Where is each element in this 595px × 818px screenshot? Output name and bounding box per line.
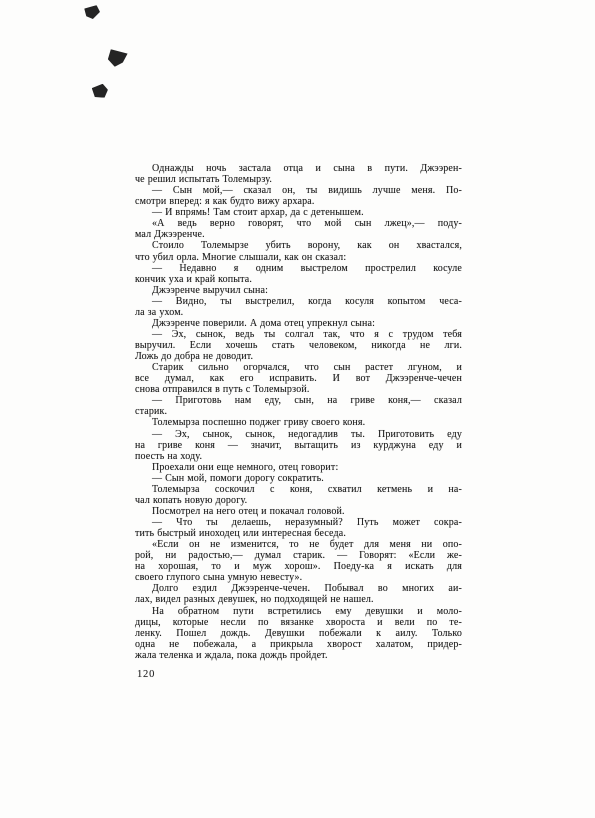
text-line: На обратном пути встретились ему девушки… — [135, 606, 462, 617]
text-line: Старик сильно огорчался, что сын растет … — [135, 362, 462, 373]
text-line: смотри вперед: я как будто вижу архара. — [135, 196, 462, 207]
text-line: Джээренче выручил сына: — [135, 285, 462, 296]
text-line: на хорошая, то и муж хорош». Поеду-ка я … — [135, 561, 462, 572]
text-line: Джээренче поверили. А дома отец упрекнул… — [135, 318, 462, 329]
text-line: снова отправился в путь с Толемырзой. — [135, 384, 462, 395]
text-line: — Сын мой, помоги дорогу сократить. — [135, 473, 462, 484]
text-line: Однажды ночь застала отца и сына в пути.… — [135, 163, 462, 174]
text-line: на гриве коня — значит, вытащить из курд… — [135, 440, 462, 451]
story-text-block: Однажды ночь застала отца и сына в пути.… — [135, 163, 462, 661]
text-line: кончик уха и край копыта. — [135, 274, 462, 285]
ink-mark — [107, 49, 128, 68]
text-line: «Если он не изменится, то не будет для м… — [135, 539, 462, 550]
ink-mark — [92, 83, 109, 98]
text-line: лах, видел разных девушек, но подходящей… — [135, 594, 462, 605]
text-line: дицы, которые несли по вязанке хвороста … — [135, 617, 462, 628]
text-line: чал копать новую дорогу. — [135, 495, 462, 506]
page-number: 120 — [137, 669, 155, 680]
text-line: старик. — [135, 406, 462, 417]
text-line: выручил. Если хочешь стать человеком, ни… — [135, 340, 462, 351]
text-line: одна не побежала, а прикрыла хворост хал… — [135, 639, 462, 650]
text-line: Посмотрел на него отец и покачал головой… — [135, 506, 462, 517]
text-line: тить быстрый иноходец или интересная бес… — [135, 528, 462, 539]
text-line: Толемырза поспешно поджег гриву своего к… — [135, 417, 462, 428]
text-line: Стоило Толемырзе убить ворону, как он хв… — [135, 240, 462, 251]
text-line: мал Джээренче. — [135, 229, 462, 240]
ink-mark — [84, 5, 101, 20]
text-line: ла за ухом. — [135, 307, 462, 318]
text-line: Толемырза соскочил с коня, схватил кетме… — [135, 484, 462, 495]
text-line: — Недавно я одним выстрелом прострелил к… — [135, 263, 462, 274]
book-page: Однажды ночь застала отца и сына в пути.… — [0, 0, 595, 818]
text-line: — Сын мой,— сказал он, ты видишь лучше м… — [135, 185, 462, 196]
text-line: что убил орла. Многие слышали, как он ск… — [135, 252, 462, 263]
text-line: Ложь до добра не доводит. — [135, 351, 462, 362]
text-line: — Приготовь нам еду, сын, на гриве коня,… — [135, 395, 462, 406]
text-line: че решил испытать Толемырзу. — [135, 174, 462, 185]
text-line: Долго ездил Джээренче-чечен. Побывал во … — [135, 583, 462, 594]
text-line: все думал, как его исправить. И вот Джээ… — [135, 373, 462, 384]
text-line: своего глупого сына умную невесту». — [135, 572, 462, 583]
text-line: — Эх, сынок, сынок, недогадлив ты. Приго… — [135, 429, 462, 440]
text-line: жала теленка и ждала, пока дождь пройдет… — [135, 650, 462, 661]
text-line: ленку. Пошел дождь. Девушки побежали к а… — [135, 628, 462, 639]
text-line: — Видно, ты выстрелил, когда косуля копы… — [135, 296, 462, 307]
text-line: «А ведь верно говорят, что мой сын лжец»… — [135, 218, 462, 229]
text-line: — Эх, сынок, ведь ты солгал так, что я с… — [135, 329, 462, 340]
text-line: — Что ты делаешь, неразумный? Путь может… — [135, 517, 462, 528]
text-line: поесть на ходу. — [135, 451, 462, 462]
text-line: рой, ни радостью,— думал старик. — Говор… — [135, 550, 462, 561]
text-line: Проехали они еще немного, отец говорит: — [135, 462, 462, 473]
text-line: — И впрямь! Там стоит архар, да с детены… — [135, 207, 462, 218]
